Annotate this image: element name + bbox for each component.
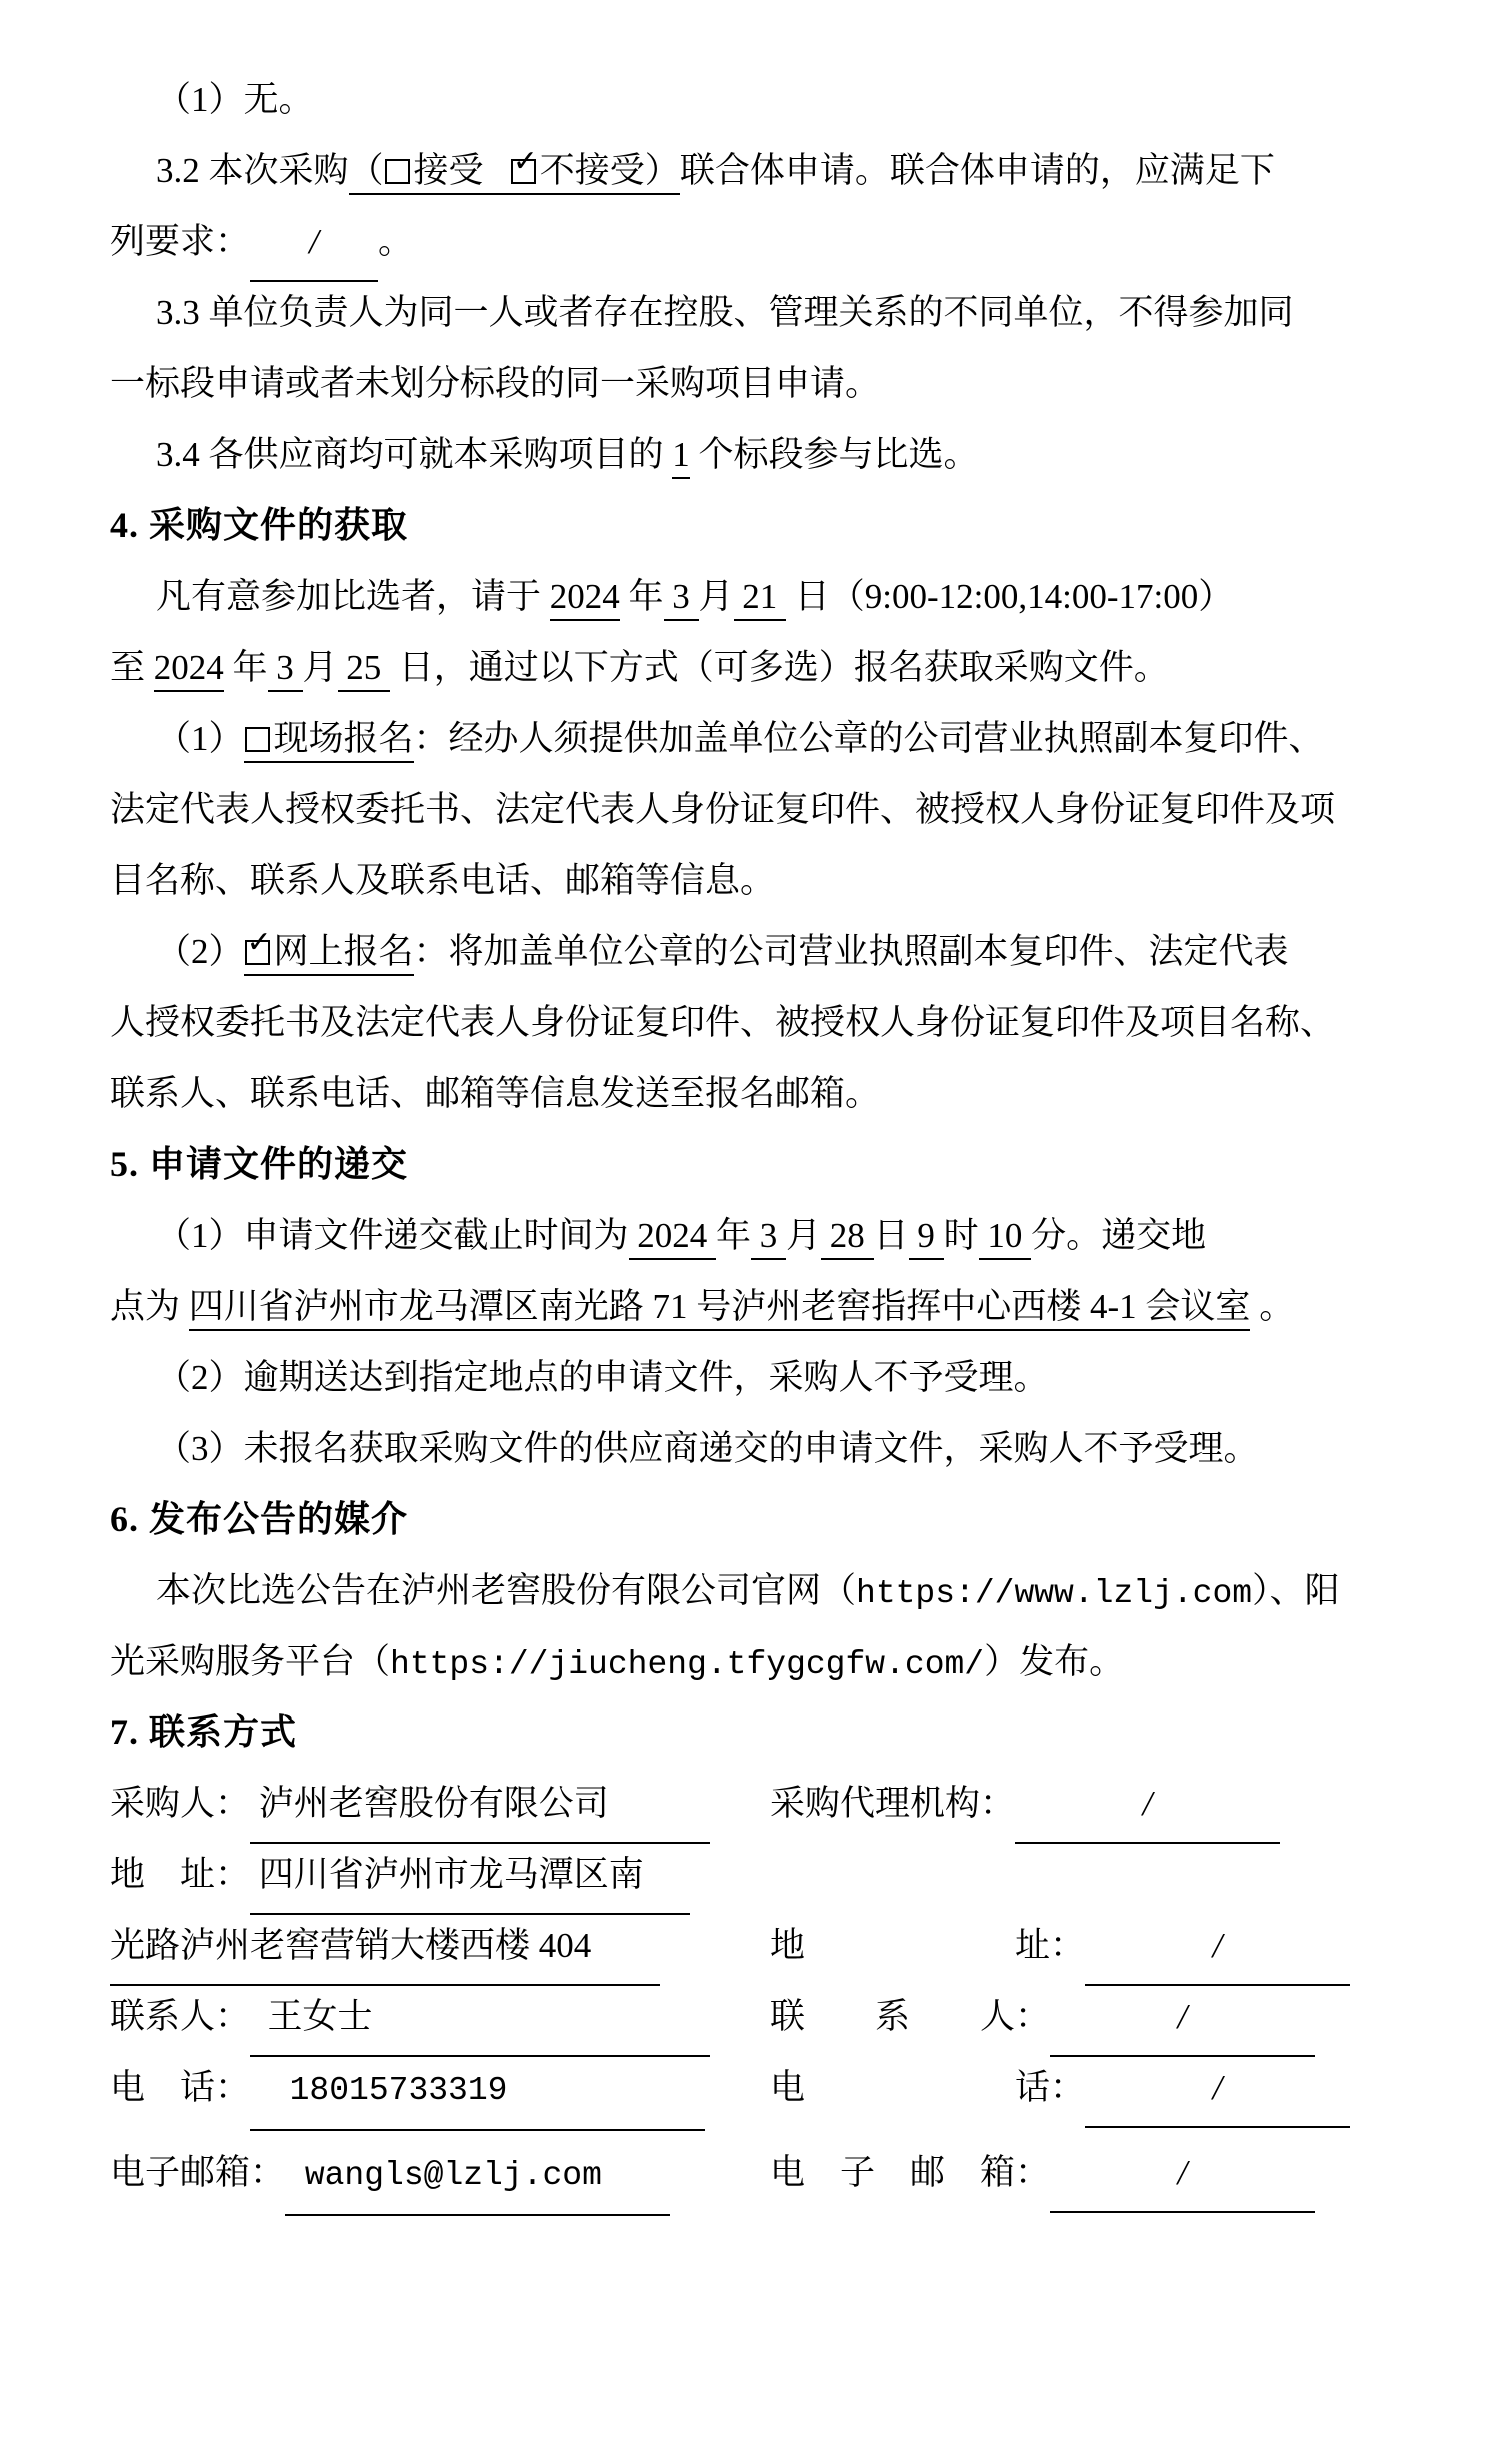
text-segment: 一标段申请或者未划分标段的同一采购项目申请。 bbox=[110, 364, 880, 403]
text-segment: 个标段参与比选。 bbox=[690, 435, 979, 474]
checkbox-box bbox=[385, 159, 410, 184]
field-label: 电 子 邮 箱： bbox=[770, 2153, 1050, 2192]
text-segment: （1） bbox=[156, 719, 244, 758]
underlined-field-value: 2024 bbox=[629, 1216, 717, 1260]
text-segment: 联系人、联系电话、邮箱等信息发送至报名邮箱。 bbox=[110, 1074, 880, 1113]
text-segment: 7. 联系方式 bbox=[110, 1712, 297, 1752]
contact-right-cell: 电 话：/ bbox=[770, 2052, 1400, 2123]
text-segment: 点为 bbox=[110, 1287, 189, 1326]
underlined-field-value: 四川省泸州市龙马潭区南 bbox=[250, 1839, 690, 1915]
contact-left-cell: 电 话： 18015733319 bbox=[110, 2052, 770, 2123]
field-label: 地 址： bbox=[770, 1926, 1085, 1965]
blank-field: / bbox=[1050, 1981, 1315, 2057]
text-segment: 年 bbox=[224, 648, 268, 687]
underlined-field-value: 10 bbox=[979, 1216, 1032, 1260]
underlined-field-value: 21 bbox=[734, 577, 787, 621]
text-segment: 列要求： bbox=[110, 222, 250, 261]
field-label: 采购代理机构： bbox=[770, 1784, 1015, 1823]
field-label: 电子邮箱： bbox=[110, 2153, 285, 2192]
underlined-field-value: 2024 bbox=[154, 648, 224, 692]
section-heading: 6. 发布公告的媒介 bbox=[110, 1484, 1400, 1555]
document-line: （3）未报名获取采购文件的供应商递交的申请文件，采购人不予受理。 bbox=[110, 1413, 1400, 1484]
underlined-field-value: 王女士 bbox=[250, 1981, 710, 2057]
document-line: （1）现场报名：经办人须提供加盖单位公章的公司营业执照副本复印件、 bbox=[110, 703, 1400, 774]
text-segment: ）发布。 bbox=[984, 1642, 1124, 1681]
section-heading: 4. 采购文件的获取 bbox=[110, 490, 1400, 561]
text-segment: 联合体申请。联合体申请的，应满足下 bbox=[680, 151, 1275, 190]
section-heading: 5. 申请文件的递交 bbox=[110, 1129, 1400, 1200]
text-segment: 月 bbox=[786, 1216, 821, 1255]
document-page: （1）无。3.2 本次采购（接受 ✓不接受）联合体申请。联合体申请的，应满足下列… bbox=[0, 0, 1500, 2438]
document-line: 3.4 各供应商均可就本采购项目的 1 个标段参与比选。 bbox=[110, 419, 1400, 490]
contact-right-cell: 电 子 邮 箱：/ bbox=[770, 2137, 1400, 2208]
text-segment: 3.4 各供应商均可就本采购项目的 bbox=[156, 435, 672, 474]
checkbox-unchecked-icon bbox=[244, 719, 274, 763]
blank-field: / bbox=[1085, 1910, 1350, 1986]
contact-left-cell: 光路泸州老窖营销大楼西楼 404 bbox=[110, 1910, 770, 1981]
contact-right-cell: 采购代理机构：/ bbox=[770, 1768, 1400, 1839]
text-segment: ）、阳 bbox=[1252, 1571, 1340, 1610]
text-segment: （2） bbox=[156, 932, 244, 971]
check-icon: ✓ bbox=[513, 147, 538, 177]
underlined-field-value: 光路泸州老窖营销大楼西楼 404 bbox=[110, 1910, 660, 1986]
text-segment: 至 bbox=[110, 648, 154, 687]
field-label: 联系人： bbox=[110, 1997, 250, 2036]
text-segment: 月 bbox=[699, 577, 734, 616]
underlined-field-value: 9 bbox=[909, 1216, 944, 1260]
section-heading: 7. 联系方式 bbox=[110, 1697, 1400, 1768]
text-segment: 光采购服务平台（ bbox=[110, 1642, 390, 1681]
underlined-field-value: 网上报名 bbox=[274, 932, 414, 976]
document-line: （2）✓网上报名：将加盖单位公章的公司营业执照副本复印件、法定代表 bbox=[110, 916, 1400, 987]
document-line: 列要求：/。 bbox=[110, 206, 1400, 277]
contact-left-cell: 联系人： 王女士 bbox=[110, 1981, 770, 2052]
text-segment: 5. 申请文件的递交 bbox=[110, 1144, 408, 1184]
contact-row: 采购人： 泸州老窖股份有限公司采购代理机构：/ bbox=[110, 1768, 1400, 1839]
underlined-field-value: 四川省泸州市龙马潭区南光路 71 号泸州老窖指挥中心西楼 4-1 会议室 bbox=[189, 1287, 1251, 1331]
underlined-field-value: 2024 bbox=[550, 577, 620, 621]
document-body: （1）无。3.2 本次采购（接受 ✓不接受）联合体申请。联合体申请的，应满足下列… bbox=[110, 64, 1400, 1768]
text-segment: 。 bbox=[378, 222, 413, 261]
underlined-field-value: 3 bbox=[268, 648, 303, 692]
contact-right-cell: 地 址：/ bbox=[770, 1910, 1400, 1981]
text-segment: 目名称、联系人及联系电话、邮箱等信息。 bbox=[110, 861, 775, 900]
contact-row: 光路泸州老窖营销大楼西楼 404地 址：/ bbox=[110, 1910, 1400, 1981]
field-label: 联 系 人： bbox=[770, 1997, 1050, 2036]
document-line: 人授权委托书及法定代表人身份证复印件、被授权人身份证复印件及项目名称、 bbox=[110, 987, 1400, 1058]
document-line: 目名称、联系人及联系电话、邮箱等信息。 bbox=[110, 845, 1400, 916]
text-segment: 日 bbox=[874, 1216, 909, 1255]
text-segment: 分。递交地 bbox=[1031, 1216, 1206, 1255]
text-segment: （1）申请文件递交截止时间为 bbox=[156, 1216, 629, 1255]
text-segment: （2）逾期送达到指定地点的申请文件，采购人不予受理。 bbox=[156, 1358, 1049, 1397]
contact-right-cell bbox=[770, 1839, 1400, 1910]
field-label: 采购人： bbox=[110, 1784, 250, 1823]
text-segment: 法定代表人授权委托书、法定代表人身份证复印件、被授权人身份证复印件及项 bbox=[110, 790, 1335, 829]
checkbox-checked-icon: ✓ bbox=[244, 932, 274, 976]
document-line: 本次比选公告在泸州老窖股份有限公司官网（https://www.lzlj.com… bbox=[110, 1555, 1400, 1626]
text-segment: 本次比选公告在泸州老窖股份有限公司官网（ bbox=[156, 1571, 856, 1610]
text-segment: https://www.lzlj.com bbox=[856, 1575, 1252, 1612]
contact-left-cell: 电子邮箱： wangls@lzlj.com bbox=[110, 2137, 770, 2208]
text-segment: 日（9:00-12:00,14:00-17:00） bbox=[786, 577, 1233, 616]
text-segment: 时 bbox=[944, 1216, 979, 1255]
document-line: （1）无。 bbox=[110, 64, 1400, 135]
text-segment: 6. 发布公告的媒介 bbox=[110, 1499, 408, 1539]
text-segment: 月 bbox=[303, 648, 338, 687]
blank-field: / bbox=[1085, 2052, 1350, 2128]
contact-row: 联系人： 王女士联 系 人：/ bbox=[110, 1981, 1400, 2052]
text-segment: （3）未报名获取采购文件的供应商递交的申请文件，采购人不予受理。 bbox=[156, 1429, 1259, 1468]
document-line: （2）逾期送达到指定地点的申请文件，采购人不予受理。 bbox=[110, 1342, 1400, 1413]
document-line: （1）申请文件递交截止时间为 2024 年 3 月 28 日 9 时 10 分。… bbox=[110, 1200, 1400, 1271]
contact-section: 采购人： 泸州老窖股份有限公司采购代理机构：/地 址： 四川省泸州市龙马潭区南光… bbox=[110, 1768, 1400, 2208]
text-segment: 年 bbox=[620, 577, 664, 616]
underlined-field-value: 3 bbox=[664, 577, 699, 621]
checkbox-checked-icon: ✓ bbox=[510, 151, 540, 195]
text-segment: 日，通过以下方式（可多选）报名获取采购文件。 bbox=[390, 648, 1169, 687]
contact-row: 电子邮箱： wangls@lzlj.com电 子 邮 箱：/ bbox=[110, 2137, 1400, 2208]
underlined-field-value: 25 bbox=[338, 648, 391, 692]
underlined-field-value: 不接受） bbox=[540, 151, 680, 195]
text-segment: 。 bbox=[1250, 1287, 1294, 1326]
contact-row: 地 址： 四川省泸州市龙马潭区南 bbox=[110, 1839, 1400, 1910]
underlined-field-value: 现场报名 bbox=[274, 719, 414, 763]
blank-field: / bbox=[1015, 1768, 1280, 1844]
contact-left-cell: 采购人： 泸州老窖股份有限公司 bbox=[110, 1768, 770, 1839]
document-line: 至 2024 年 3 月 25 日，通过以下方式（可多选）报名获取采购文件。 bbox=[110, 632, 1400, 703]
text-segment: 4. 采购文件的获取 bbox=[110, 505, 408, 545]
text-segment: 凡有意参加比选者，请于 bbox=[156, 577, 550, 616]
document-line: 点为 四川省泸州市龙马潭区南光路 71 号泸州老窖指挥中心西楼 4-1 会议室 … bbox=[110, 1271, 1400, 1342]
contact-row: 电 话： 18015733319电 话：/ bbox=[110, 2052, 1400, 2123]
text-segment: 年 bbox=[716, 1216, 751, 1255]
document-line: 法定代表人授权委托书、法定代表人身份证复印件、被授权人身份证复印件及项 bbox=[110, 774, 1400, 845]
field-label: 电 话： bbox=[770, 2068, 1085, 2107]
document-line: 光采购服务平台（https://jiucheng.tfygcgfw.com/）发… bbox=[110, 1626, 1400, 1697]
contact-right-cell: 联 系 人：/ bbox=[770, 1981, 1400, 2052]
underlined-field-value: 28 bbox=[821, 1216, 874, 1260]
contact-left-cell: 地 址： 四川省泸州市龙马潭区南 bbox=[110, 1839, 770, 1910]
text-segment: https://jiucheng.tfygcgfw.com/ bbox=[390, 1646, 984, 1683]
text-segment: ：将加盖单位公章的公司营业执照副本复印件、法定代表 bbox=[414, 932, 1289, 971]
blank-field: / bbox=[250, 206, 378, 282]
field-label: 地 址： bbox=[110, 1855, 250, 1894]
text-segment: 人授权委托书及法定代表人身份证复印件、被授权人身份证复印件及项目名称、 bbox=[110, 1003, 1335, 1042]
blank-field: / bbox=[1050, 2137, 1315, 2213]
text-segment: （1）无。 bbox=[156, 80, 314, 119]
underlined-field-value: （ bbox=[349, 151, 384, 195]
document-line: 3.3 单位负责人为同一人或者存在控股、管理关系的不同单位，不得参加同 bbox=[110, 277, 1400, 348]
underlined-field-value: wangls@lzlj.com bbox=[285, 2140, 670, 2216]
check-icon: ✓ bbox=[247, 928, 272, 958]
document-line: 一标段申请或者未划分标段的同一采购项目申请。 bbox=[110, 348, 1400, 419]
underlined-field-value: 接受 bbox=[414, 151, 510, 195]
document-line: 凡有意参加比选者，请于 2024 年 3 月 21 日（9:00-12:00,1… bbox=[110, 561, 1400, 632]
checkbox-box: ✓ bbox=[245, 940, 270, 965]
field-label: 电 话： bbox=[110, 2068, 250, 2107]
underlined-field-value: 1 bbox=[672, 435, 690, 479]
text-segment: 3.2 本次采购 bbox=[156, 151, 349, 190]
text-segment: 3.3 单位负责人为同一人或者存在控股、管理关系的不同单位，不得参加同 bbox=[156, 293, 1294, 332]
checkbox-box bbox=[245, 727, 270, 752]
document-line: 联系人、联系电话、邮箱等信息发送至报名邮箱。 bbox=[110, 1058, 1400, 1129]
underlined-field-value: 18015733319 bbox=[250, 2055, 705, 2131]
underlined-field-value: 泸州老窖股份有限公司 bbox=[250, 1768, 710, 1844]
text-segment: ：经办人须提供加盖单位公章的公司营业执照副本复印件、 bbox=[414, 719, 1324, 758]
underlined-field-value: 3 bbox=[751, 1216, 786, 1260]
checkbox-unchecked-icon bbox=[384, 151, 414, 195]
checkbox-box: ✓ bbox=[511, 159, 536, 184]
document-line: 3.2 本次采购（接受 ✓不接受）联合体申请。联合体申请的，应满足下 bbox=[110, 135, 1400, 206]
